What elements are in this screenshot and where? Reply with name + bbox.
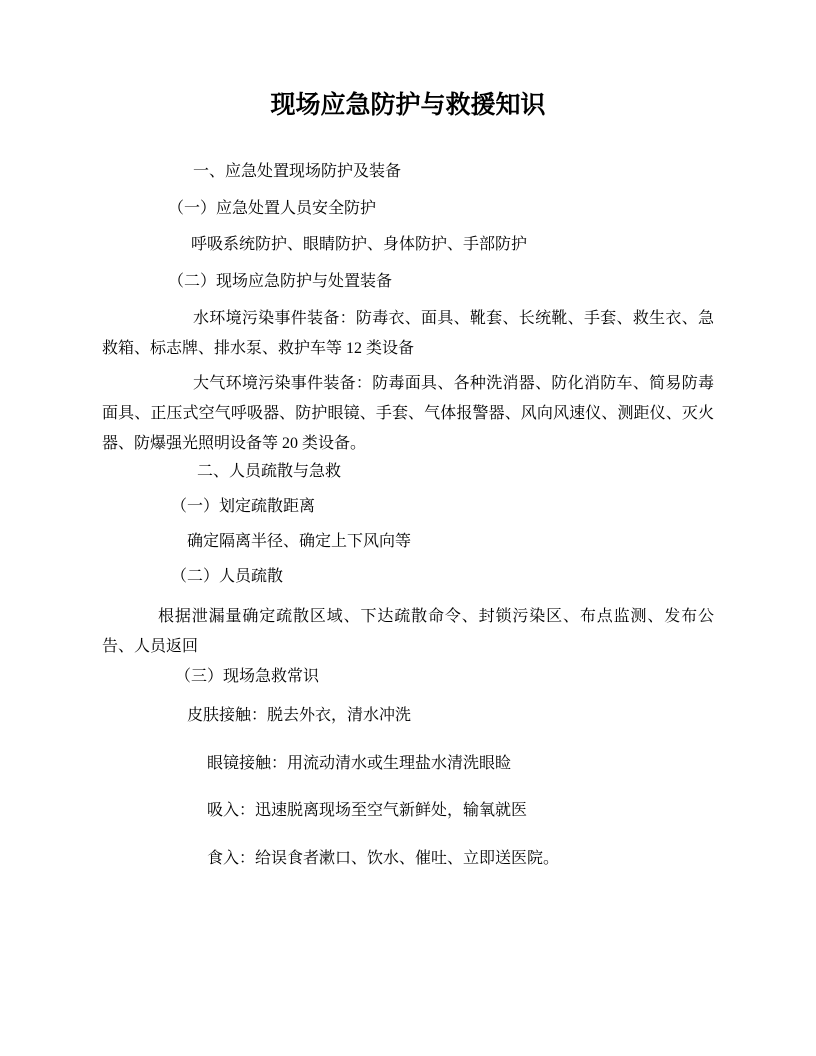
- page-title: 现场应急防护与救援知识: [0, 90, 816, 122]
- section-2-heading: 二、人员疏散与急救: [102, 457, 714, 487]
- para-evacuation-procedure: 根据泄漏量确定疏散区域、下达疏散命令、封锁污染区、布点监测、发布公告、人员返回: [102, 602, 714, 662]
- section-2-3-heading: （三）现场急救常识: [102, 662, 714, 692]
- section-1-1-heading: （一）应急处置人员安全防护: [102, 194, 714, 224]
- para-personal-protection-items: 呼吸系统防护、眼睛防护、身体防护、手部防护: [102, 230, 714, 260]
- para-eye-contact: 眼镜接触：用流动清水或生理盐水清洗眼睑: [102, 749, 714, 779]
- para-isolation-radius: 确定隔离半径、确定上下风向等: [102, 527, 714, 557]
- para-water-pollution-equipment: 水环境污染事件装备：防毒衣、面具、靴套、长统靴、手套、救生衣、急救箱、标志牌、排…: [102, 304, 714, 364]
- para-inhalation: 吸入：迅速脱离现场至空气新鲜处，输氧就医: [102, 796, 714, 826]
- section-2-2-heading: （二）人员疏散: [102, 562, 714, 592]
- para-air-pollution-equipment: 大气环境污染事件装备：防毒面具、各种洗消器、防化消防车、简易防毒面具、正压式空气…: [102, 369, 714, 459]
- para-ingestion: 食入：给误食者漱口、饮水、催吐、立即送医院。: [102, 844, 714, 874]
- section-2-1-heading: （一）划定疏散距离: [102, 492, 714, 522]
- section-1-2-heading: （二）现场应急防护与处置装备: [102, 267, 714, 297]
- document-page: 现场应急防护与救援知识 一、应急处置现场防护及装备 （一）应急处置人员安全防护 …: [0, 0, 816, 1056]
- section-1-heading: 一、应急处置现场防护及装备: [102, 157, 714, 187]
- para-skin-contact: 皮肤接触：脱去外衣，清水冲洗: [102, 701, 714, 731]
